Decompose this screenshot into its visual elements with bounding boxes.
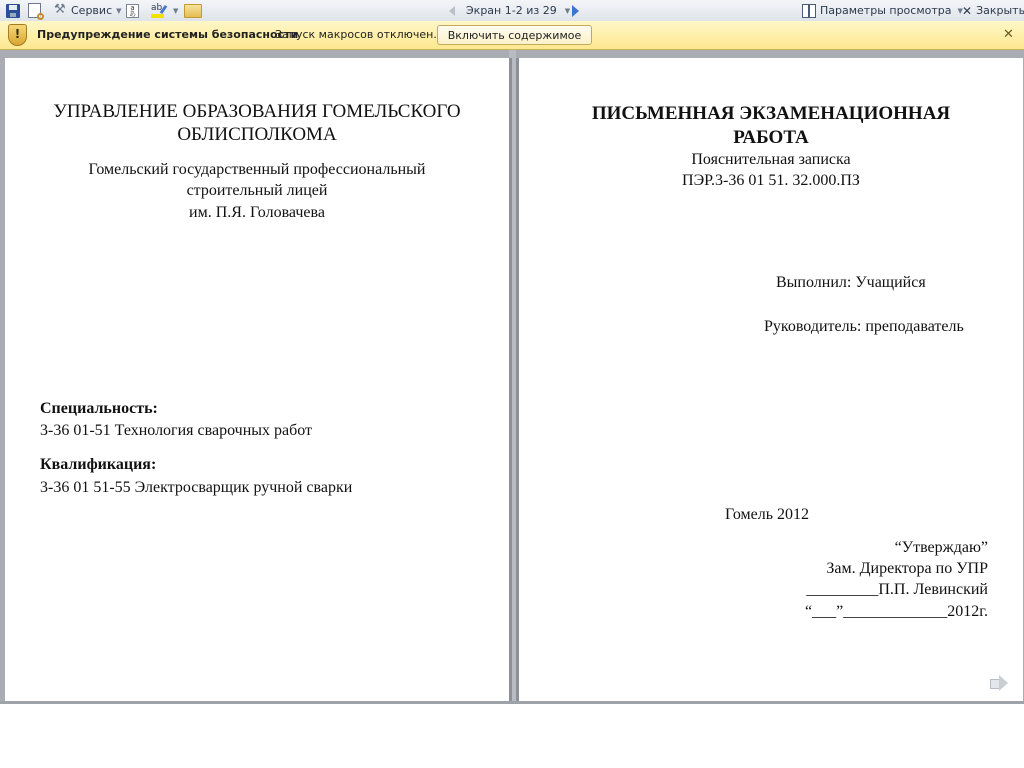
city-year: Гомель 2012: [725, 506, 809, 524]
next-screen-button[interactable]: [572, 0, 579, 21]
work-subtitle: Пояснительная записка: [519, 151, 1023, 169]
save-icon: [6, 4, 20, 18]
document-page-right: ПИСЬМЕННАЯ ЭКЗАМЕНАЦИОННАЯ РАБОТА Поясни…: [516, 58, 1023, 701]
close-reading-button[interactable]: ✕ Закрыть: [962, 0, 1024, 21]
chevron-down-icon: ▼: [116, 7, 121, 15]
spelling-highlight-icon: ab: [151, 4, 169, 18]
previous-screen-button[interactable]: [449, 0, 455, 21]
print-preview-icon: [28, 3, 41, 18]
view-options-label: Параметры просмотра: [820, 4, 951, 17]
qualification-value: 3-36 01 51-55 Электросварщик ручной свар…: [40, 479, 352, 497]
school-name-line1: Гомельский государственный профессиональ…: [5, 161, 509, 179]
close-icon[interactable]: ✕: [1003, 27, 1014, 42]
screen-selector[interactable]: Экран 1-2 из 29 ▼: [466, 0, 570, 21]
new-folder-icon: [184, 4, 202, 18]
security-warning-message: Запуск макросов отключен.: [275, 28, 437, 41]
enable-content-button[interactable]: Включить содержимое: [437, 25, 592, 45]
work-title-line2: РАБОТА: [519, 127, 1023, 149]
document-page-left: УПРАВЛЕНИЕ ОБРАЗОВАНИЯ ГОМЕЛЬСКОГО ОБЛИС…: [5, 58, 512, 701]
shield-warning-icon: !: [8, 24, 27, 46]
approval-heading: “Утверждаю”: [895, 539, 988, 557]
performed-by: Выполнил: Учащийся: [776, 274, 926, 292]
org-heading-line1: УПРАВЛЕНИЕ ОБРАЗОВАНИЯ ГОМЕЛЬСКОГО: [5, 101, 509, 123]
translate-button[interactable]: aあ: [126, 0, 139, 21]
service-menu-button[interactable]: Сервис ▼: [54, 0, 122, 21]
school-name-line3: им. П.Я. Головачева: [5, 204, 509, 222]
chevron-down-icon: ▼: [565, 7, 570, 15]
tools-icon: [54, 4, 68, 18]
work-title-line1: ПИСЬМЕННАЯ ЭКЗАМЕНАЦИОННАЯ: [519, 103, 1023, 125]
org-heading-line2: ОБЛИСПОЛКОМА: [5, 124, 509, 146]
translate-icon: aあ: [126, 4, 139, 18]
approver-name: _________П.П. Левинский: [806, 581, 988, 599]
new-comment-button[interactable]: [184, 0, 202, 21]
screen-indicator: Экран 1-2 из 29: [466, 4, 557, 17]
approval-date: “___”_____________2012г.: [805, 603, 988, 621]
approver-position: Зам. Директора по УПР: [826, 560, 988, 578]
arrow-right-icon: [572, 5, 579, 17]
view-options-button[interactable]: Параметры просмотра ▼: [802, 0, 963, 21]
close-icon: ✕: [962, 4, 972, 18]
school-name-line2: строительный лицей: [5, 182, 509, 200]
next-page-arrow-icon[interactable]: [990, 675, 1008, 691]
text-highlight-button[interactable]: ab ▼: [151, 0, 178, 21]
service-label: Сервис: [71, 4, 112, 17]
specialty-label: Специальность:: [40, 400, 158, 418]
qualification-label: Квалификация:: [40, 456, 156, 474]
save-button[interactable]: [6, 0, 20, 21]
page-bottom-edge: [0, 701, 1024, 704]
chevron-down-icon[interactable]: ▼: [173, 7, 178, 15]
supervisor: Руководитель: преподаватель: [764, 318, 964, 336]
print-preview-button[interactable]: [28, 0, 41, 21]
view-options-icon: [802, 4, 816, 17]
close-label: Закрыть: [976, 4, 1024, 17]
reading-toolbar: Сервис ▼ aあ ab ▼ Экран 1-2 из 29 ▼ Парам…: [0, 0, 1024, 22]
arrow-left-icon: [449, 6, 455, 16]
specialty-value: 3-36 01-51 Технология сварочных работ: [40, 422, 312, 440]
document-code: ПЭР.3-36 01 51. 32.000.ПЗ: [519, 172, 1023, 190]
security-warning-bar: ! Предупреждение системы безопасности За…: [0, 21, 1024, 50]
security-warning-title: Предупреждение системы безопасности: [37, 28, 298, 41]
